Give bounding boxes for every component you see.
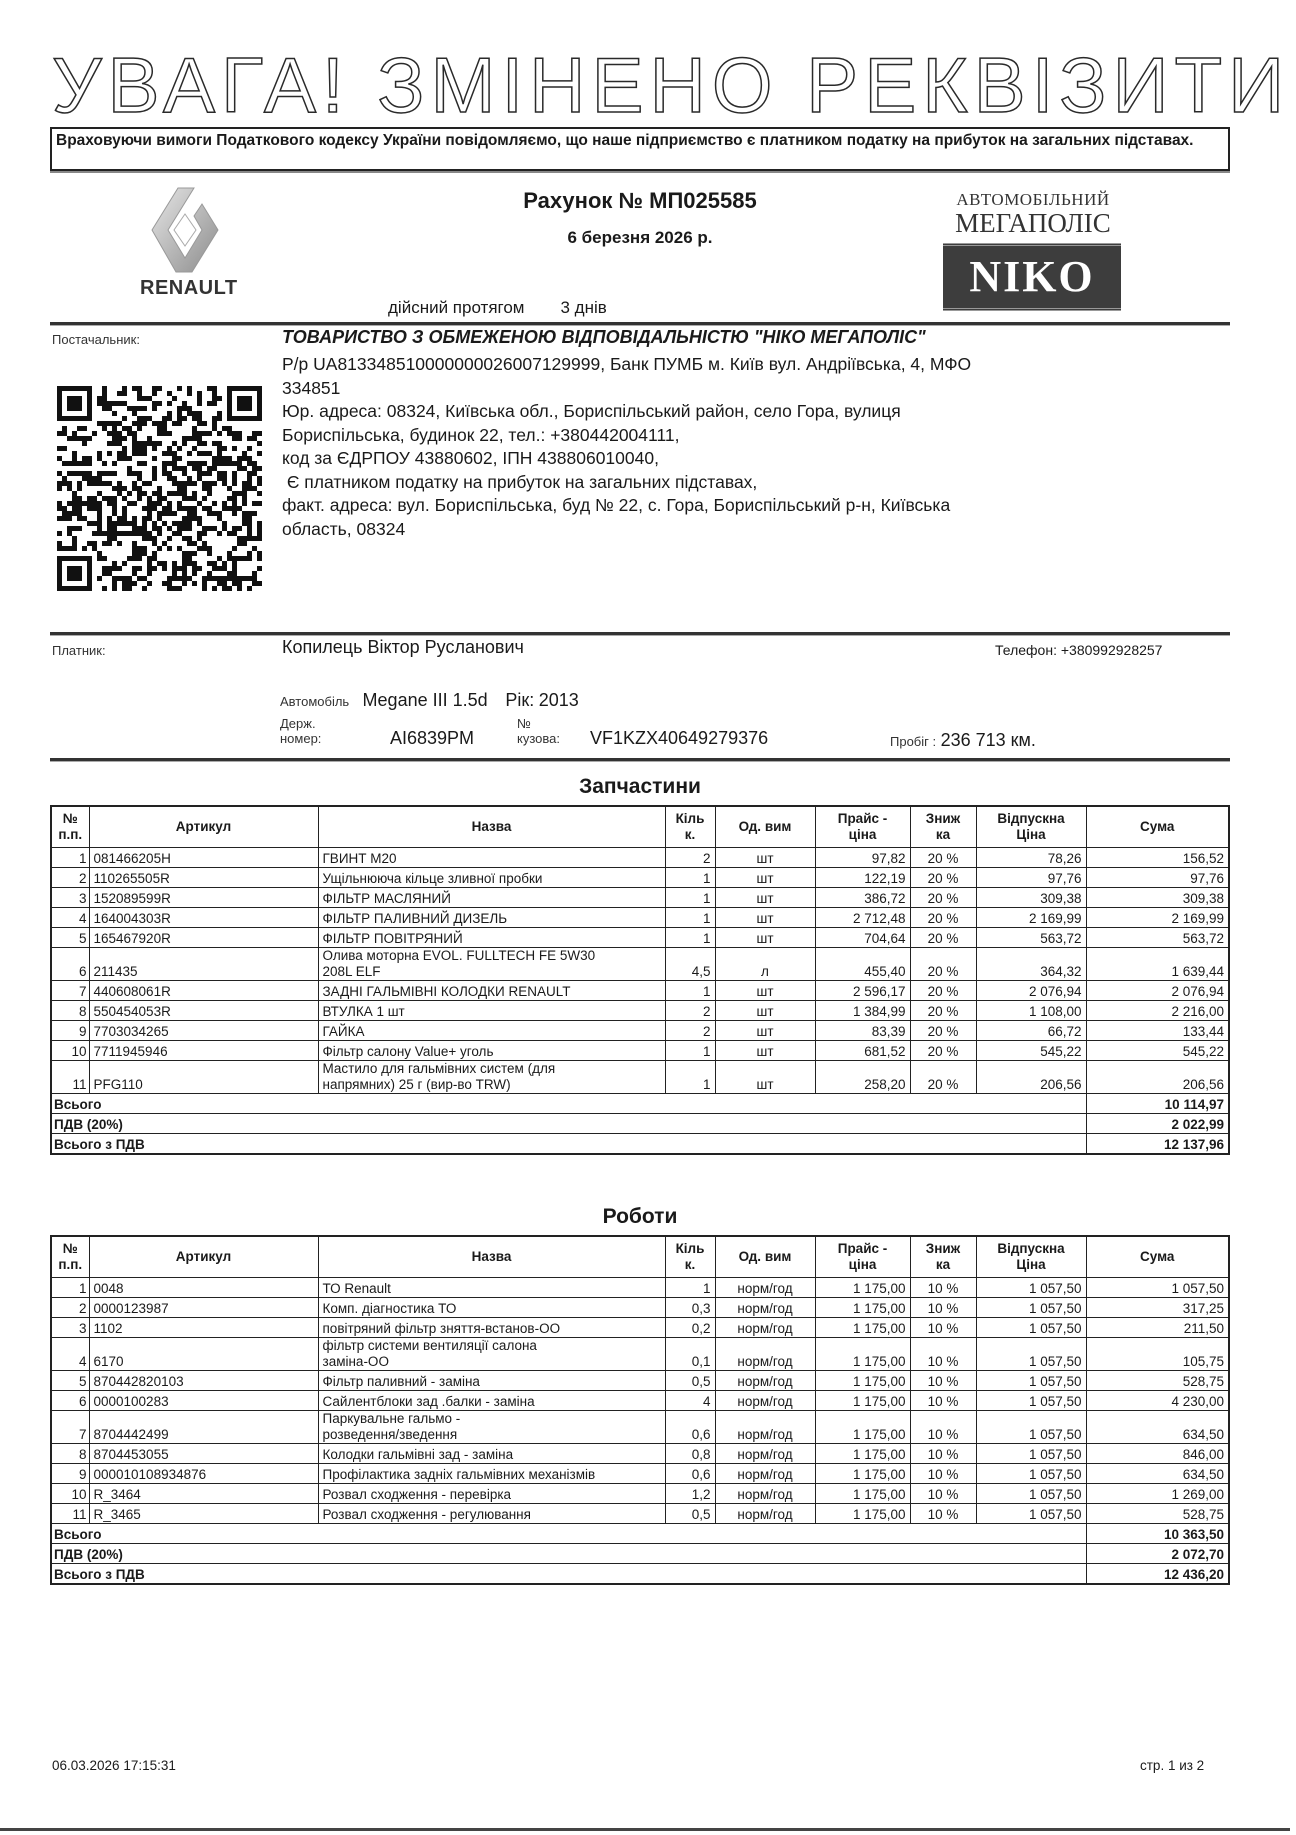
dealer-logo-text: АВТОМОБІЛЬНИЙ МЕГАПОЛІС [943, 190, 1123, 237]
cell-discount: 20 % [910, 1061, 976, 1094]
cell-unit: шт [715, 888, 815, 908]
item-name-line: повітряний фільтр зняття-встанов-ОО [323, 1321, 661, 1337]
column-header-article: Артикул [89, 1236, 318, 1278]
vin-label: № кузова: [517, 716, 560, 746]
cell-unit: норм/год [715, 1298, 815, 1318]
table-header: №п.п.АртикулНазваКільк.Од. вимПрайс -цін… [51, 806, 1229, 848]
cell-net: 2 169,99 [976, 908, 1086, 928]
total-row: Всього з ПДВ12 137,96 [51, 1134, 1229, 1155]
column-header-line: № [54, 1241, 87, 1257]
item-name-line: Комп. діагностика ТО [323, 1301, 661, 1317]
cell-sum: 97,76 [1086, 868, 1229, 888]
cell-price: 386,72 [815, 888, 910, 908]
validity-label: дійсний протягом [388, 298, 525, 317]
item-name-line: Мастило для гальмівних систем (для [323, 1061, 661, 1077]
item-name-line: ФІЛЬТР ПАЛИВНИЙ ДИЗЕЛЬ [323, 911, 661, 927]
vin-value: VF1KZX40649279376 [590, 728, 768, 749]
cell-net: 1 057,50 [976, 1391, 1086, 1411]
cell-price: 258,20 [815, 1061, 910, 1094]
cell-qty: 0,8 [665, 1444, 715, 1464]
cell-qty: 0,3 [665, 1298, 715, 1318]
cell-unit: норм/год [715, 1411, 815, 1444]
total-label: ПДВ (20%) [51, 1114, 1086, 1134]
cell-article: 000010108934876 [89, 1464, 318, 1484]
cell-unit: шт [715, 1061, 815, 1094]
cell-discount: 20 % [910, 908, 976, 928]
cell-qty: 1 [665, 888, 715, 908]
cell-sum: 563,72 [1086, 928, 1229, 948]
item-name-line: Фільтр салону Value+ уголь [323, 1044, 661, 1060]
cell-unit: норм/год [715, 1464, 815, 1484]
cell-sum: 634,50 [1086, 1411, 1229, 1444]
cell-n: 6 [51, 948, 89, 981]
cell-net: 66,72 [976, 1021, 1086, 1041]
payer-name: Копилець Віктор Русланович [282, 637, 524, 658]
cell-name: ЗАДНІ ГАЛЬМІВНІ КОЛОДКИ RENAULT [318, 981, 665, 1001]
cell-price: 681,52 [815, 1041, 910, 1061]
cell-discount: 20 % [910, 981, 976, 1001]
cell-name: ГВИНТ М20 [318, 848, 665, 868]
cell-sum: 2 216,00 [1086, 1001, 1229, 1021]
cell-n: 7 [51, 1411, 89, 1444]
cell-article: R_3464 [89, 1484, 318, 1504]
cell-net: 1 057,50 [976, 1464, 1086, 1484]
cell-article: 152089599R [89, 888, 318, 908]
cell-sum: 1 057,50 [1086, 1278, 1229, 1298]
cell-article: 1102 [89, 1318, 318, 1338]
divider [50, 758, 1230, 761]
dealer-logo-line2: МЕГАПОЛІС [943, 209, 1123, 237]
cell-unit: шт [715, 848, 815, 868]
table-header: №п.п.АртикулНазваКільк.Од. вимПрайс -цін… [51, 1236, 1229, 1278]
cell-sum: 846,00 [1086, 1444, 1229, 1464]
mileage: Пробіг : 236 713 км. [890, 730, 1036, 751]
item-name-line: Колодки гальмівні зад - заміна [323, 1447, 661, 1463]
cell-qty: 0,1 [665, 1338, 715, 1371]
column-header-price: Прайс -ціна [815, 806, 910, 848]
cell-net: 97,76 [976, 868, 1086, 888]
cell-discount: 20 % [910, 948, 976, 981]
cell-n: 9 [51, 1464, 89, 1484]
table-row: 78704442499Паркувальне гальмо -розведенн… [51, 1411, 1229, 1444]
cell-article: 081466205H [89, 848, 318, 868]
item-name-line: Профілактика задніх гальмівних механізмі… [323, 1467, 661, 1483]
column-header-line: Ціна [979, 1257, 1084, 1273]
cell-article: 110265505R [89, 868, 318, 888]
cell-n: 6 [51, 1391, 89, 1411]
validity-value: 3 днів [561, 298, 607, 317]
cell-n: 4 [51, 908, 89, 928]
mileage-label: Пробіг : [890, 734, 936, 749]
cell-name: фільтр системи вентиляції салоназаміна-О… [318, 1338, 665, 1371]
table-row: 10R_3464Розвал сходження - перевірка1,2н… [51, 1484, 1229, 1504]
supplier-line: код за ЄДРПОУ 43880602, ІПН 438806010040… [282, 447, 1132, 471]
cell-qty: 0,5 [665, 1504, 715, 1524]
total-value: 10 363,50 [1086, 1524, 1229, 1544]
cell-article: 0000100283 [89, 1391, 318, 1411]
cell-n: 3 [51, 1318, 89, 1338]
table-row: 31102повітряний фільтр зняття-встанов-ОО… [51, 1318, 1229, 1338]
column-header-line: Кіль [668, 811, 713, 827]
item-name-line: Ущільнююча кільце зливної пробки [323, 871, 661, 887]
cell-discount: 10 % [910, 1464, 976, 1484]
cell-n: 8 [51, 1001, 89, 1021]
cell-name: Розвал сходження - регулювання [318, 1504, 665, 1524]
cell-article: 7703034265 [89, 1021, 318, 1041]
item-name-line: ФІЛЬТР МАСЛЯНИЙ [323, 891, 661, 907]
invoice-date: 6 березня 2026 р. [470, 228, 810, 248]
cell-sum: 211,50 [1086, 1318, 1229, 1338]
cell-name: ФІЛЬТР ПОВІТРЯНИЙ [318, 928, 665, 948]
column-header-name: Назва [318, 1236, 665, 1278]
cell-unit: л [715, 948, 815, 981]
cell-sum: 2 076,94 [1086, 981, 1229, 1001]
cell-article: 211435 [89, 948, 318, 981]
table-row: 9000010108934876Профілактика задніх галь… [51, 1464, 1229, 1484]
column-header-line: № [54, 811, 87, 827]
cell-article: R_3465 [89, 1504, 318, 1524]
supplier-details: Р/р UA813348510000000026007129999, Банк … [282, 353, 1132, 541]
table-row: 20000123987Комп. діагностика ТО0,3норм/г… [51, 1298, 1229, 1318]
total-value: 12 436,20 [1086, 1564, 1229, 1585]
column-header-line: п.п. [54, 1257, 87, 1273]
column-header-discount: Знижка [910, 1236, 976, 1278]
table-row: 5870442820103Фільтр паливний - заміна0,5… [51, 1371, 1229, 1391]
cell-sum: 2 169,99 [1086, 908, 1229, 928]
supplier-line: факт. адреса: вул. Бориспільська, буд № … [282, 494, 1132, 518]
column-header-sum: Сума [1086, 1236, 1229, 1278]
works-table: №п.п.АртикулНазваКільк.Од. вимПрайс -цін… [50, 1235, 1230, 1585]
plate-label-1: Держ. [280, 716, 321, 731]
car-label: Автомобіль [280, 694, 349, 709]
column-header-line: Зниж [913, 811, 974, 827]
item-name-line: ГАЙКА [323, 1024, 661, 1040]
cell-unit: норм/год [715, 1484, 815, 1504]
cell-name: Олива моторна EVOL. FULLTECH FE 5W30208L… [318, 948, 665, 981]
cell-article: 8704442499 [89, 1411, 318, 1444]
item-name-line: 208L ELF [323, 964, 661, 980]
supplier-label: Постачальник: [52, 332, 140, 347]
cell-discount: 20 % [910, 868, 976, 888]
supplier-line: область, 08324 [282, 518, 1132, 542]
cell-unit: норм/год [715, 1318, 815, 1338]
column-header-sum: Сума [1086, 806, 1229, 848]
cell-n: 3 [51, 888, 89, 908]
works-title: Роботи [50, 1205, 1230, 1229]
item-name-line: Олива моторна EVOL. FULLTECH FE 5W30 [323, 948, 661, 964]
cell-discount: 10 % [910, 1411, 976, 1444]
item-name-line: заміна-ОО [323, 1354, 661, 1370]
column-header-line: Прайс - [818, 1241, 908, 1257]
cell-name: Ущільнююча кільце зливної пробки [318, 868, 665, 888]
cell-unit: норм/год [715, 1391, 815, 1411]
cell-qty: 2 [665, 1021, 715, 1041]
cell-sum: 309,38 [1086, 888, 1229, 908]
cell-sum: 105,75 [1086, 1338, 1229, 1371]
cell-price: 2 596,17 [815, 981, 910, 1001]
cell-article: 7711945946 [89, 1041, 318, 1061]
cell-net: 1 057,50 [976, 1444, 1086, 1464]
cell-n: 10 [51, 1041, 89, 1061]
cell-unit: норм/год [715, 1338, 815, 1371]
column-header-line: п.п. [54, 827, 87, 843]
column-header-qty: Кільк. [665, 1236, 715, 1278]
cell-qty: 0,2 [665, 1318, 715, 1338]
parts-title: Запчастини [50, 775, 1230, 799]
column-header-line: к. [668, 1257, 713, 1273]
total-label: Всього [51, 1094, 1086, 1114]
page-edge [0, 1828, 1290, 1831]
cell-net: 1 057,50 [976, 1318, 1086, 1338]
cell-article: 0000123987 [89, 1298, 318, 1318]
cell-discount: 20 % [910, 888, 976, 908]
supplier-name: ТОВАРИСТВО З ОБМЕЖЕНОЮ ВІДПОВІДАЛЬНІСТЮ … [282, 327, 926, 348]
plate-label: Держ. номер: [280, 716, 321, 746]
supplier-line: Р/р UA813348510000000026007129999, Банк … [282, 353, 1132, 377]
car-model: Megane III 1.5d [363, 690, 488, 710]
supplier-line: Бориспільська, будинок 22, тел.: +380442… [282, 424, 1132, 448]
cell-qty: 2 [665, 1001, 715, 1021]
year-value: 2013 [539, 690, 579, 710]
column-header-line: ціна [818, 827, 908, 843]
total-row: Всього з ПДВ12 436,20 [51, 1564, 1229, 1585]
total-row: ПДВ (20%)2 072,70 [51, 1544, 1229, 1564]
cell-unit: шт [715, 1021, 815, 1041]
cell-price: 1 384,99 [815, 1001, 910, 1021]
cell-price: 1 175,00 [815, 1338, 910, 1371]
cell-discount: 20 % [910, 1041, 976, 1061]
cell-name: ТО Renault [318, 1278, 665, 1298]
table-row: 46170фільтр системи вентиляції салоназам… [51, 1338, 1229, 1371]
cell-sum: 528,75 [1086, 1504, 1229, 1524]
cell-sum: 528,75 [1086, 1371, 1229, 1391]
cell-qty: 1 [665, 981, 715, 1001]
item-name-line: Розвал сходження - перевірка [323, 1487, 661, 1503]
cell-n: 1 [51, 1278, 89, 1298]
column-header-line: Прайс - [818, 811, 908, 827]
cell-n: 8 [51, 1444, 89, 1464]
column-header-line: ціна [818, 1257, 908, 1273]
cell-unit: шт [715, 981, 815, 1001]
cell-name: повітряний фільтр зняття-встанов-ОО [318, 1318, 665, 1338]
cell-sum: 1 269,00 [1086, 1484, 1229, 1504]
cell-qty: 1 [665, 1041, 715, 1061]
cell-name: ГАЙКА [318, 1021, 665, 1041]
validity: дійсний протягом3 днів [388, 298, 643, 318]
cell-n: 2 [51, 868, 89, 888]
cell-unit: шт [715, 928, 815, 948]
table-row: 11R_3465Розвал сходження - регулювання0,… [51, 1504, 1229, 1524]
column-header-line: ка [913, 1257, 974, 1273]
cell-n: 5 [51, 1371, 89, 1391]
item-name-line: ЗАДНІ ГАЛЬМІВНІ КОЛОДКИ RENAULT [323, 984, 661, 1000]
divider [50, 322, 1230, 325]
cell-name: ВТУЛКА 1 шт [318, 1001, 665, 1021]
phone-label: Телефон: [995, 642, 1057, 658]
payer-label: Платник: [52, 643, 106, 658]
cell-net: 1 057,50 [976, 1371, 1086, 1391]
item-name-line: розведення/зведення [323, 1427, 661, 1443]
total-value: 12 137,96 [1086, 1134, 1229, 1155]
warning-banner: УВАГА! ЗМІНЕНО РЕКВІЗИТИ [52, 40, 1242, 130]
cell-discount: 10 % [910, 1444, 976, 1464]
plate-label-2: номер: [280, 731, 321, 746]
column-header-line: Зниж [913, 1241, 974, 1257]
item-name-line: ГВИНТ М20 [323, 851, 661, 867]
item-name-line: Паркувальне гальмо - [323, 1411, 661, 1427]
total-value: 10 114,97 [1086, 1094, 1229, 1114]
column-header-net: ВідпускнаЦіна [976, 806, 1086, 848]
cell-qty: 4 [665, 1391, 715, 1411]
column-header-idx: №п.п. [51, 806, 89, 848]
supplier-line: 334851 [282, 377, 1132, 401]
cell-price: 1 175,00 [815, 1298, 910, 1318]
cell-name: Розвал сходження - перевірка [318, 1484, 665, 1504]
parts-table: №п.п.АртикулНазваКільк.Од. вимПрайс -цін… [50, 805, 1230, 1155]
item-name-line: Розвал сходження - регулювання [323, 1507, 661, 1523]
cell-price: 1 175,00 [815, 1464, 910, 1484]
cell-qty: 1,2 [665, 1484, 715, 1504]
cell-net: 206,56 [976, 1061, 1086, 1094]
item-name-line: фільтр системи вентиляції салона [323, 1338, 661, 1354]
column-header-line: Відпускна [979, 1241, 1084, 1257]
total-row: Всього10 114,97 [51, 1094, 1229, 1114]
table-row: 107711945946Фільтр салону Value+ уголь1ш… [51, 1041, 1229, 1061]
column-header-price: Прайс -ціна [815, 1236, 910, 1278]
item-name-line: Фільтр паливний - заміна [323, 1374, 661, 1390]
column-header-name: Назва [318, 806, 665, 848]
cell-price: 83,39 [815, 1021, 910, 1041]
cell-n: 7 [51, 981, 89, 1001]
cell-sum: 4 230,00 [1086, 1391, 1229, 1411]
vin-label-1: № [517, 716, 560, 731]
cell-n: 11 [51, 1061, 89, 1094]
cell-price: 1 175,00 [815, 1444, 910, 1464]
table-row: 8550454053RВТУЛКА 1 шт2шт1 384,9920 %1 1… [51, 1001, 1229, 1021]
cell-article: 0048 [89, 1278, 318, 1298]
cell-net: 1 057,50 [976, 1338, 1086, 1371]
cell-net: 2 076,94 [976, 981, 1086, 1001]
cell-unit: шт [715, 1001, 815, 1021]
page-number: стр. 1 из 2 [1140, 1758, 1204, 1773]
column-header-line: Ціна [979, 827, 1084, 843]
cell-net: 1 057,50 [976, 1278, 1086, 1298]
cell-net: 1 108,00 [976, 1001, 1086, 1021]
cell-unit: шт [715, 908, 815, 928]
cell-net: 309,38 [976, 888, 1086, 908]
cell-price: 1 175,00 [815, 1391, 910, 1411]
cell-sum: 545,22 [1086, 1041, 1229, 1061]
cell-unit: норм/год [715, 1278, 815, 1298]
cell-net: 1 057,50 [976, 1298, 1086, 1318]
cell-name: Паркувальне гальмо -розведення/зведення [318, 1411, 665, 1444]
divider [50, 632, 1230, 635]
table-row: 3152089599RФІЛЬТР МАСЛЯНИЙ1шт386,7220 %3… [51, 888, 1229, 908]
column-header-line: Відпускна [979, 811, 1084, 827]
column-header-idx: №п.п. [51, 1236, 89, 1278]
mileage-value: 236 713 км. [941, 730, 1036, 750]
qr-code-icon [57, 386, 262, 591]
cell-discount: 20 % [910, 848, 976, 868]
cell-discount: 10 % [910, 1318, 976, 1338]
cell-discount: 10 % [910, 1338, 976, 1371]
cell-price: 97,82 [815, 848, 910, 868]
cell-qty: 4,5 [665, 948, 715, 981]
brand-name: RENAULT [140, 277, 238, 300]
cell-net: 1 057,50 [976, 1504, 1086, 1524]
cell-net: 1 057,50 [976, 1411, 1086, 1444]
cell-discount: 10 % [910, 1391, 976, 1411]
cell-qty: 1 [665, 1061, 715, 1094]
renault-logo-icon [150, 186, 220, 274]
dealer-logo-mark: NIKO [943, 243, 1121, 311]
cell-net: 78,26 [976, 848, 1086, 868]
column-header-net: ВідпускнаЦіна [976, 1236, 1086, 1278]
cell-name: Колодки гальмівні зад - заміна [318, 1444, 665, 1464]
total-value: 2 072,70 [1086, 1544, 1229, 1564]
payer-phone: Телефон: +380992928257 [995, 642, 1162, 658]
cell-discount: 10 % [910, 1484, 976, 1504]
cell-sum: 133,44 [1086, 1021, 1229, 1041]
vin-label-2: кузова: [517, 731, 560, 746]
table-row: 88704453055Колодки гальмівні зад - замін… [51, 1444, 1229, 1464]
cell-article: PFG110 [89, 1061, 318, 1094]
cell-sum: 156,52 [1086, 848, 1229, 868]
cell-discount: 20 % [910, 1021, 976, 1041]
cell-name: Комп. діагностика ТО [318, 1298, 665, 1318]
cell-unit: шт [715, 1041, 815, 1061]
total-row: Всього10 363,50 [51, 1524, 1229, 1544]
cell-sum: 1 639,44 [1086, 948, 1229, 981]
cell-qty: 0,6 [665, 1464, 715, 1484]
cell-price: 1 175,00 [815, 1371, 910, 1391]
cell-net: 545,22 [976, 1041, 1086, 1061]
cell-qty: 1 [665, 928, 715, 948]
cell-net: 364,32 [976, 948, 1086, 981]
cell-discount: 20 % [910, 1001, 976, 1021]
total-value: 2 022,99 [1086, 1114, 1229, 1134]
table-row: 6211435Олива моторна EVOL. FULLTECH FE 5… [51, 948, 1229, 981]
cell-price: 704,64 [815, 928, 910, 948]
cell-qty: 1 [665, 908, 715, 928]
cell-name: Фільтр салону Value+ уголь [318, 1041, 665, 1061]
cell-net: 1 057,50 [976, 1484, 1086, 1504]
table-row: 4164004303RФІЛЬТР ПАЛИВНИЙ ДИЗЕЛЬ1шт2 71… [51, 908, 1229, 928]
supplier-line: Є платником податку на прибуток на загал… [282, 471, 1132, 495]
cell-qty: 1 [665, 1278, 715, 1298]
cell-price: 122,19 [815, 868, 910, 888]
cell-sum: 206,56 [1086, 1061, 1229, 1094]
cell-price: 1 175,00 [815, 1278, 910, 1298]
cell-price: 2 712,48 [815, 908, 910, 928]
cell-name: ФІЛЬТР ПАЛИВНИЙ ДИЗЕЛЬ [318, 908, 665, 928]
cell-discount: 10 % [910, 1298, 976, 1318]
phone-value: +380992928257 [1061, 642, 1163, 658]
cell-n: 1 [51, 848, 89, 868]
cell-n: 2 [51, 1298, 89, 1318]
table-row: 97703034265ГАЙКА2шт83,3920 %66,72133,44 [51, 1021, 1229, 1041]
supplier-line: Юр. адреса: 08324, Київська обл., Борисп… [282, 400, 1132, 424]
total-label: Всього з ПДВ [51, 1564, 1086, 1585]
cell-article: 550454053R [89, 1001, 318, 1021]
cell-n: 11 [51, 1504, 89, 1524]
item-name-line: ВТУЛКА 1 шт [323, 1004, 661, 1020]
cell-article: 165467920R [89, 928, 318, 948]
table-row: 10048ТО Renault1норм/год1 175,0010 %1 05… [51, 1278, 1229, 1298]
cell-qty: 2 [665, 848, 715, 868]
cell-sum: 634,50 [1086, 1464, 1229, 1484]
cell-price: 1 175,00 [815, 1411, 910, 1444]
